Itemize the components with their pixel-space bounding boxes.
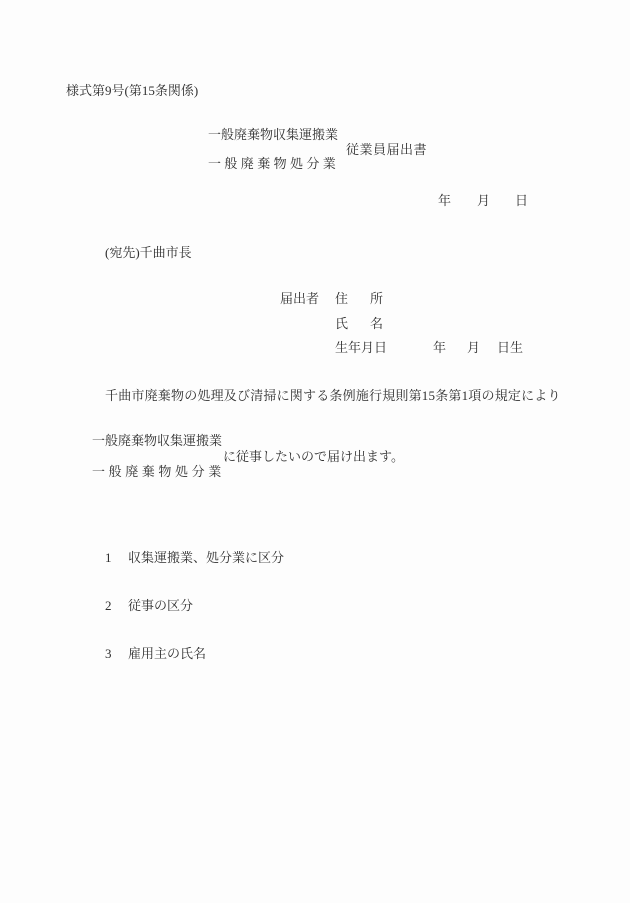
date-month-label: 月: [477, 194, 490, 209]
address-label-left: 住: [335, 292, 348, 307]
date-day-label: 日: [515, 194, 528, 209]
birth-month-label: 月: [467, 341, 480, 356]
birth-day-label: 日生: [497, 341, 523, 356]
birth-year-label: 年: [433, 341, 446, 356]
title-business-type-1: 一般廃棄物収集運搬業: [208, 128, 338, 143]
item-text: 雇用主の氏名: [128, 646, 206, 661]
date-year-label: 年: [438, 194, 451, 209]
title-business-type-2: 一般廃棄物処分業: [208, 157, 339, 172]
item-text: 従事の区分: [128, 598, 193, 613]
addressee: (宛先)千曲市長: [105, 246, 192, 261]
form-title: 従業員届出書: [346, 143, 427, 158]
clause-statement: に従事したいので届け出ます。: [223, 450, 404, 465]
declarant-label: 届出者: [280, 292, 319, 307]
form-number: 様式第9号(第15条関係): [66, 84, 198, 99]
list-item: 1収集運搬業、処分業に区分: [92, 536, 284, 581]
item-text: 収集運搬業、処分業に区分: [128, 550, 284, 565]
list-item: 2従事の区分: [92, 584, 193, 629]
name-label-left: 氏: [335, 317, 348, 332]
name-label-right: 名: [370, 317, 383, 332]
item-number: 2: [105, 599, 128, 614]
address-label-right: 所: [370, 292, 383, 307]
body-text: 千曲市廃棄物の処理及び清掃に関する条例施行規則第15条第1項の規定により: [105, 389, 561, 404]
document-page: 様式第9号(第15条関係) 一般廃棄物収集運搬業 従業員届出書 一般廃棄物処分業…: [0, 0, 630, 903]
clause-business-type-1: 一般廃棄物収集運搬業: [92, 434, 222, 449]
item-number: 1: [105, 551, 128, 566]
list-item: 3雇用主の氏名: [92, 632, 206, 677]
clause-business-type-2: 一般廃棄物処分業: [92, 465, 225, 480]
item-number: 3: [105, 647, 128, 662]
birthdate-label: 生年月日: [335, 341, 387, 356]
